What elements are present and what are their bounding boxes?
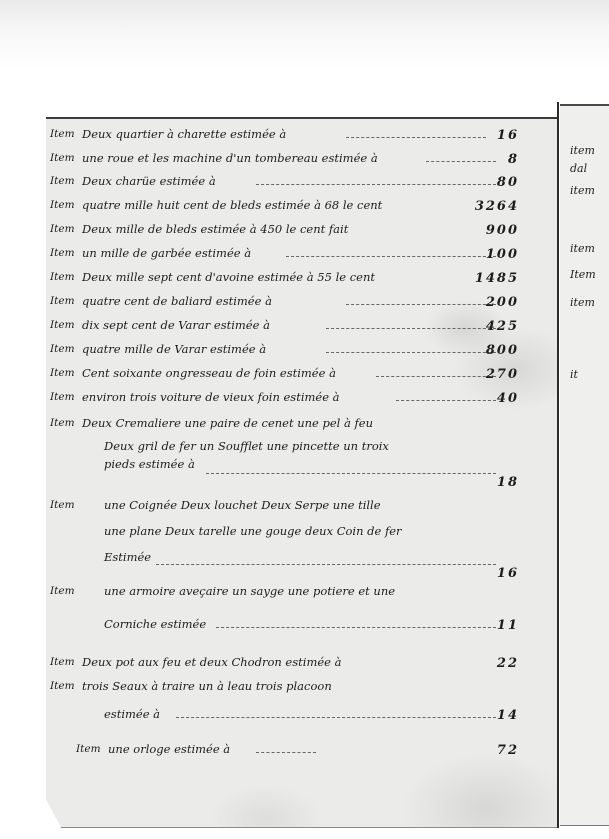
margin-word: dal	[570, 162, 587, 175]
entry-prefix: Item	[50, 368, 75, 379]
entry-description: un mille de garbée estimée à	[82, 248, 251, 260]
entry-amount: 16	[497, 129, 519, 142]
leader-line	[216, 627, 496, 628]
leader-line	[346, 137, 486, 138]
entry-description: trois Seaux à traire un à leau trois pla…	[82, 681, 332, 693]
entry-description: Deux quartier à charette estimée à	[82, 129, 286, 141]
margin-word: item	[570, 144, 595, 157]
book-spine	[557, 102, 559, 828]
entry-description: une orloge estimée à	[108, 744, 230, 756]
entry-prefix: Item	[50, 200, 75, 211]
entry-amount: 40	[497, 392, 519, 405]
leader-line	[326, 352, 496, 353]
entry-amount: 200	[486, 296, 519, 309]
ledger-page: Item Deux quartier à charette estimée à …	[46, 117, 557, 828]
entry-amount: 800	[486, 344, 519, 357]
margin-word: Item	[570, 268, 596, 281]
leader-line	[326, 328, 496, 329]
entry-description: quatre mille de Varar estimée à	[82, 344, 266, 356]
entry-description: Deux pot aux feu et deux Chodron estimée…	[82, 657, 341, 669]
leader-line	[156, 564, 496, 565]
entry-amount: 11	[497, 619, 519, 632]
entry-prefix: Item	[50, 320, 75, 331]
entry-amount: 16	[497, 567, 519, 580]
entry-description: Deux mille de bleds estimée à 450 le cen…	[82, 224, 348, 236]
entry-prefix: Item	[50, 153, 75, 164]
entry-description: pieds estimée à	[104, 459, 195, 471]
leader-line	[176, 717, 496, 718]
entry-prefix: Item	[50, 248, 75, 259]
entry-prefix: Item	[50, 392, 75, 403]
leader-line	[286, 256, 496, 257]
entry-prefix: Item	[76, 744, 101, 755]
leader-line	[426, 161, 496, 162]
entry-description: Deux charüe estimée à	[82, 176, 216, 188]
margin-word: item	[570, 242, 595, 255]
entry-description: Estimée	[104, 552, 151, 564]
entry-description: estimée à	[104, 709, 160, 721]
entry-amount: 80	[497, 176, 519, 189]
entry-prefix: Item	[50, 272, 75, 283]
entry-description: une roue et les machine d'un tombereau e…	[82, 153, 378, 165]
entry-description: une plane Deux tarelle une gouge deux Co…	[104, 526, 402, 538]
entry-amount: 22	[497, 657, 519, 670]
entry-prefix: Item	[50, 296, 75, 307]
entry-prefix: Item	[50, 344, 75, 355]
entry-amount: 72	[497, 744, 519, 757]
leader-line	[376, 376, 496, 377]
entry-amount: 1485	[475, 272, 519, 285]
entry-prefix: Item	[50, 224, 75, 235]
margin-word: it	[570, 368, 578, 381]
leader-line	[346, 304, 496, 305]
entry-prefix: Item	[50, 129, 75, 140]
entry-amount: 900	[486, 224, 519, 237]
entry-description: quatre mille huit cent de bleds estimée …	[82, 200, 382, 212]
margin-word: item	[570, 184, 595, 197]
entry-prefix: Item	[50, 418, 75, 429]
entry-description: Deux mille sept cent d'avoine estimée à …	[82, 272, 375, 284]
entry-amount: 8	[508, 153, 519, 166]
facing-page: item dal item item Item item it	[560, 104, 609, 826]
entry-description: Deux gril de fer un Soufflet une pincett…	[104, 441, 389, 453]
entry-description: Deux Cremaliere une paire de cenet une p…	[82, 418, 373, 430]
entry-prefix: Item	[50, 500, 75, 511]
entry-prefix: Item	[50, 176, 75, 187]
leader-line	[256, 184, 496, 185]
leader-line	[396, 400, 496, 401]
margin-word: item	[570, 296, 595, 309]
entry-prefix: Item	[50, 681, 75, 692]
entry-prefix: Item	[50, 586, 75, 597]
leader-line	[206, 473, 496, 474]
entry-description: une armoire aveçaire un sayge une potier…	[104, 586, 395, 598]
entry-description: quatre cent de baliard estimée à	[82, 296, 272, 308]
entry-amount: 3264	[475, 200, 519, 213]
entry-description: dix sept cent de Varar estimée à	[82, 320, 270, 332]
entry-amount: 18	[497, 476, 519, 489]
entry-description: environ trois voiture de vieux foin esti…	[82, 392, 340, 404]
leader-line	[256, 752, 316, 753]
entry-amount: 100	[486, 248, 519, 261]
entry-amount: 270	[486, 368, 519, 381]
entry-prefix: Item	[50, 657, 75, 668]
entry-amount: 425	[486, 320, 519, 333]
entry-description: une Coignée Deux louchet Deux Serpe une …	[104, 500, 381, 512]
entry-amount: 14	[497, 709, 519, 722]
entry-description: Cent soixante ongresseau de foin estimée…	[82, 368, 336, 380]
entry-description: Corniche estimée	[104, 619, 206, 631]
